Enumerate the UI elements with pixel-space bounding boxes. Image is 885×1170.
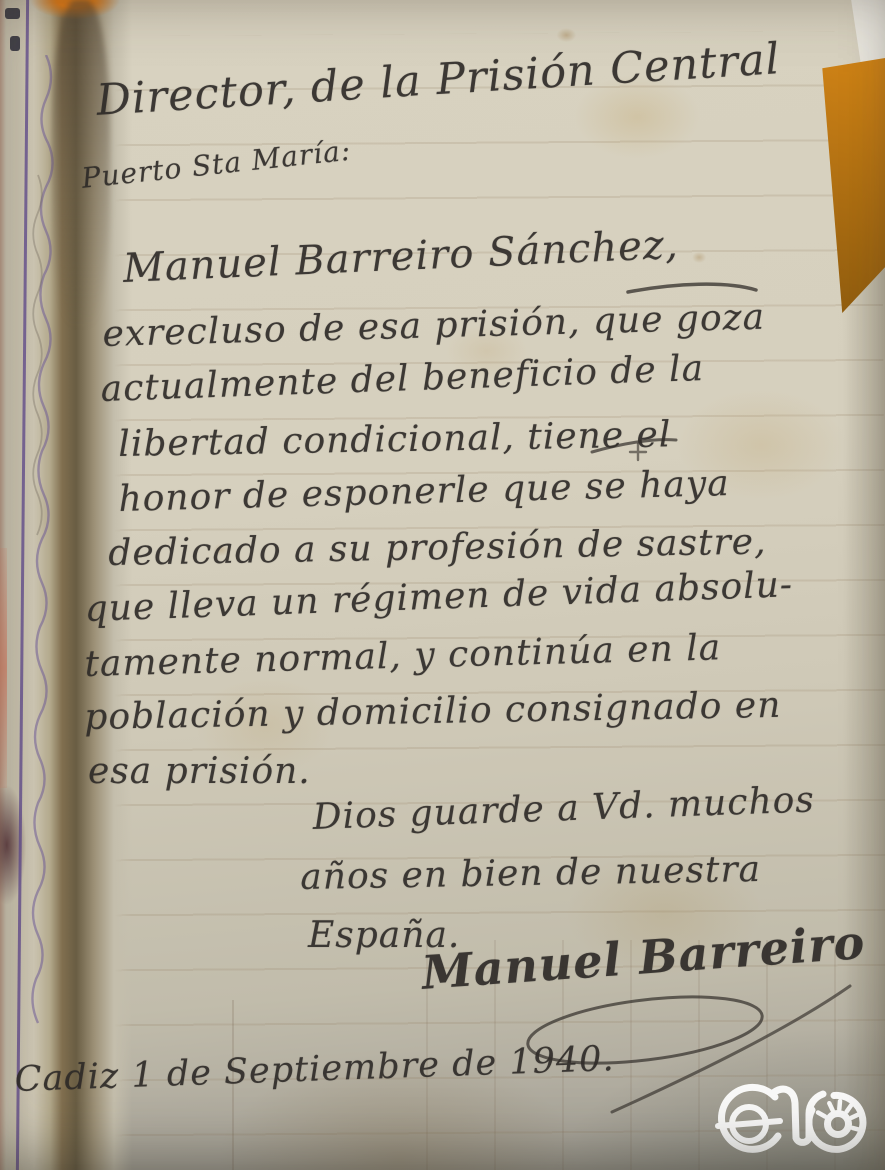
letter-photograph: Director, de la Prisión Central Puerto S… — [0, 0, 885, 1170]
photo-vignette — [0, 0, 885, 1170]
